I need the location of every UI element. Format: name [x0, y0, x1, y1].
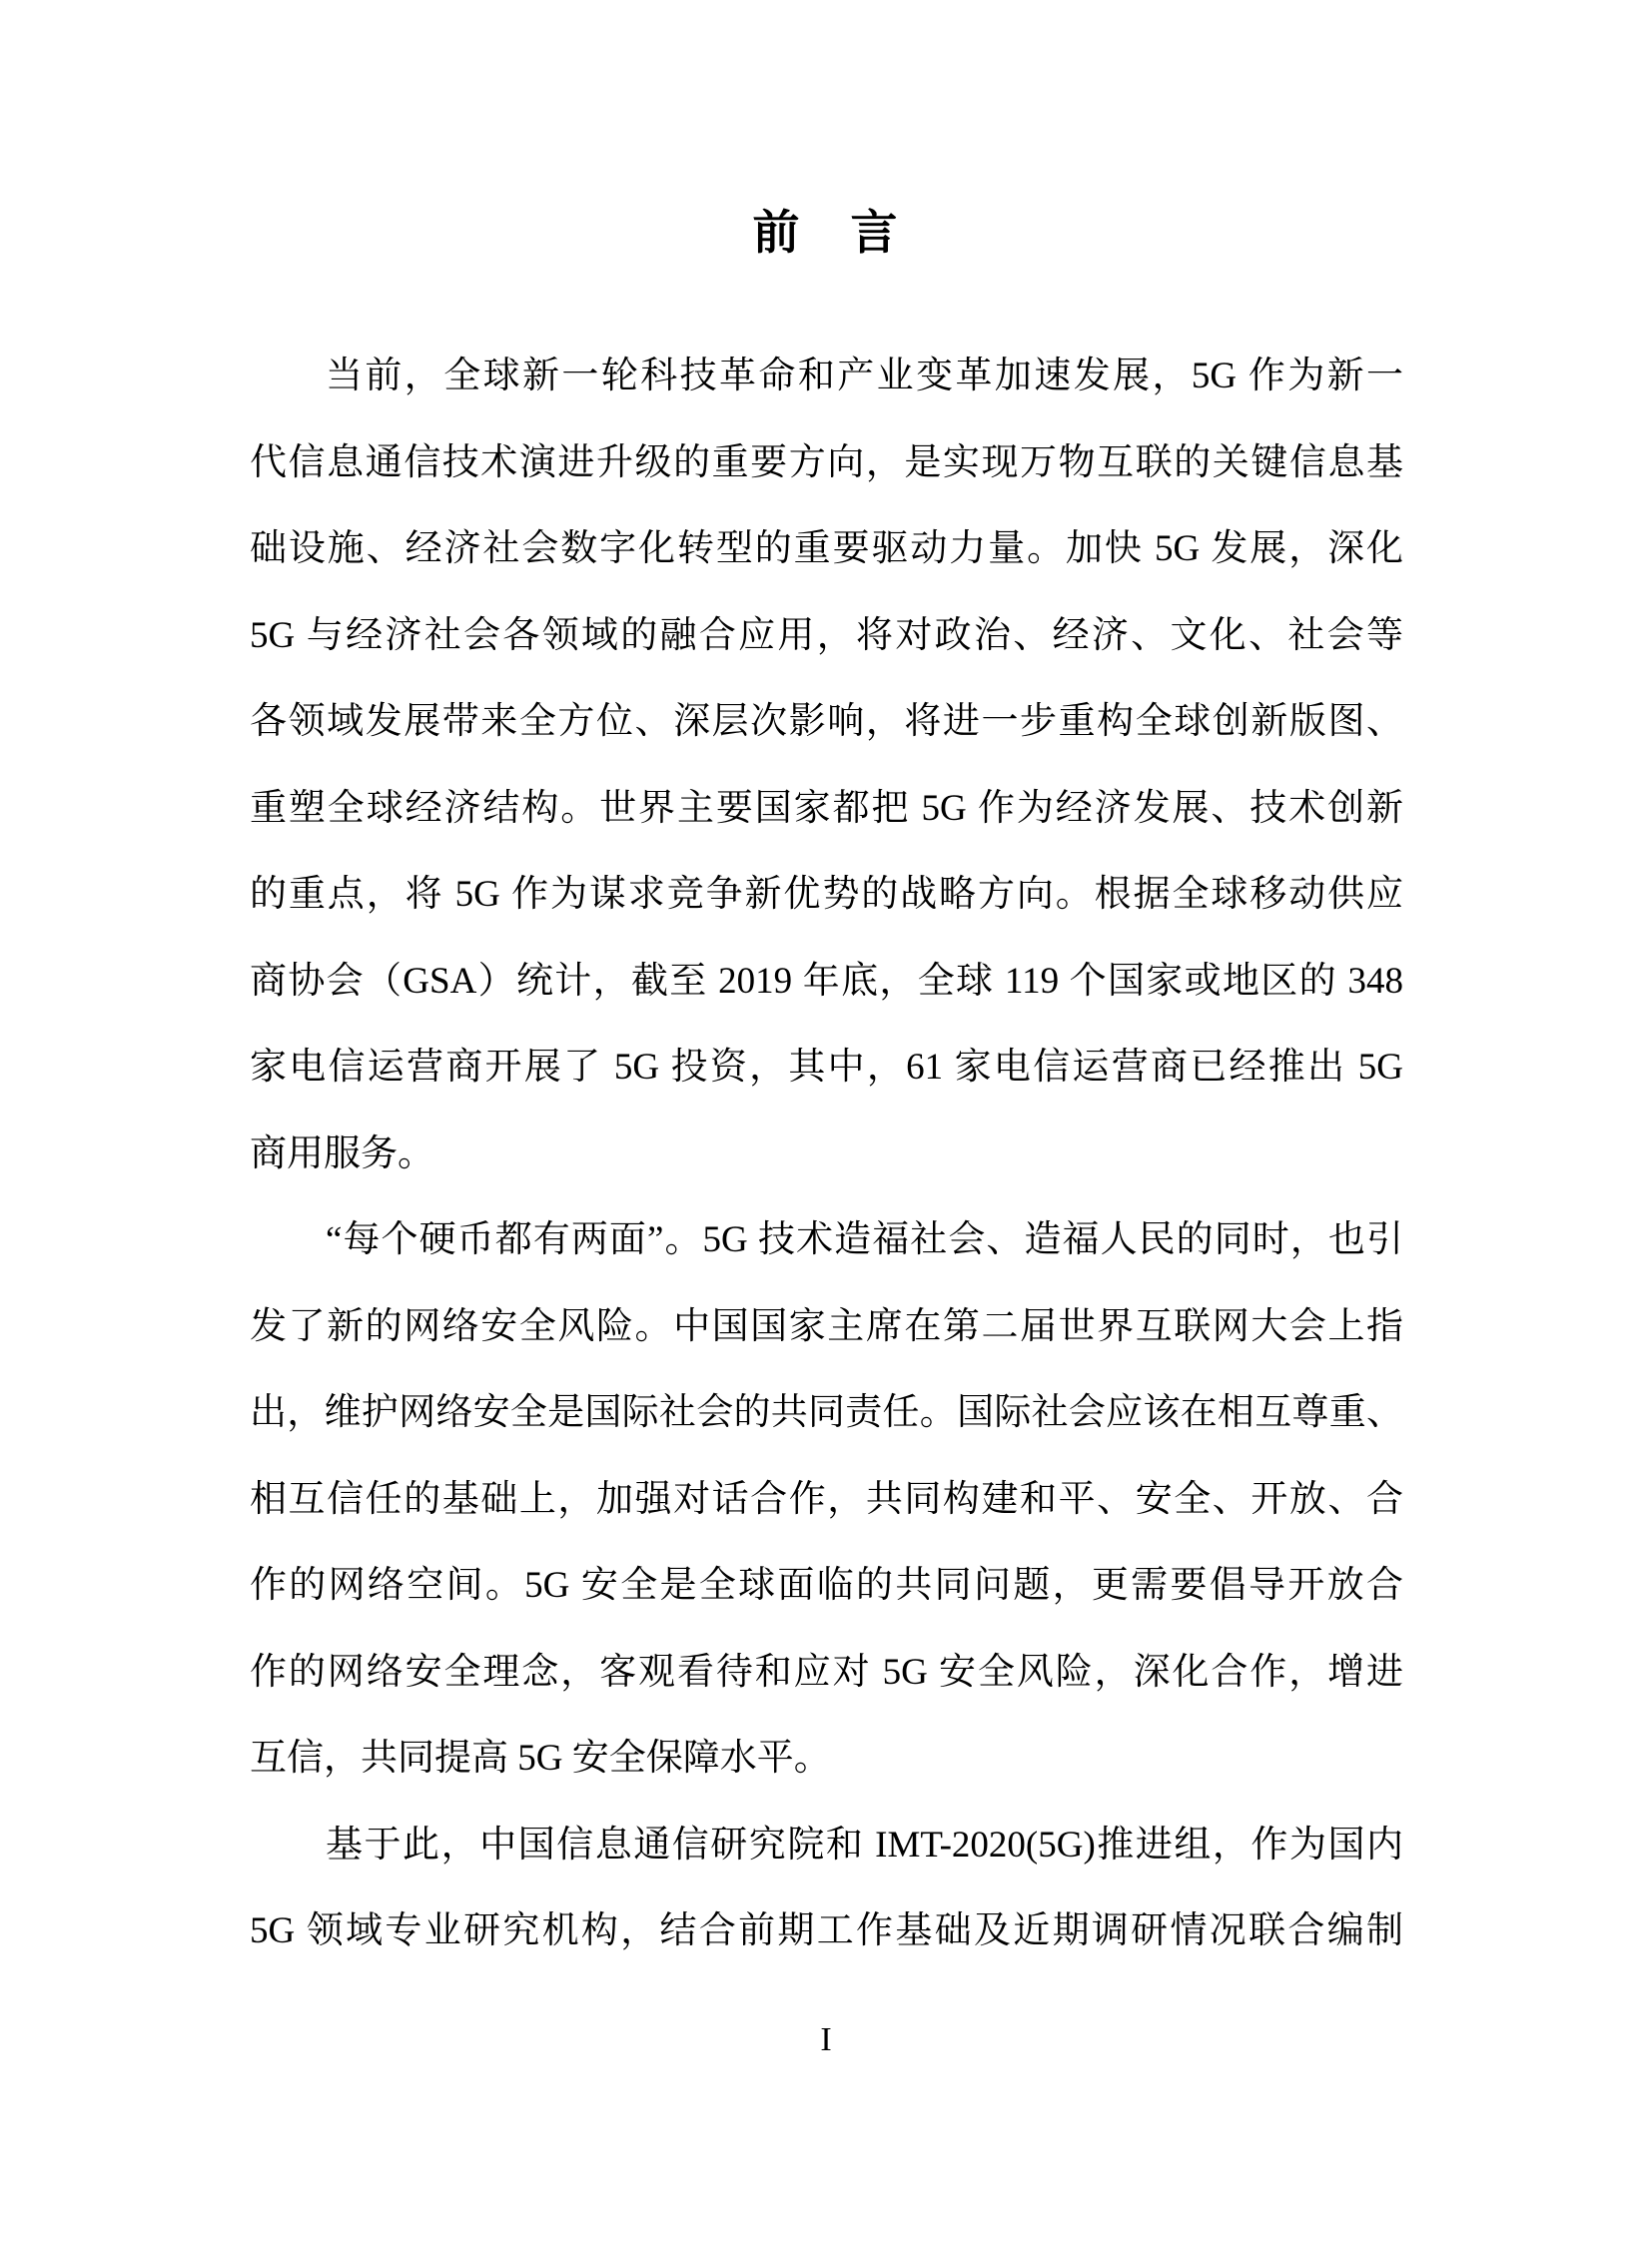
text-line: 出，维护网络安全是国际社会的共同责任。国际社会应该在相互尊重、: [250, 1370, 1403, 1457]
text-line: 商协会（GSA）统计，截至 2019 年底，全球 119 个国家或地区的 348: [250, 939, 1403, 1026]
text-line: 5G 领域专业研究机构，结合前期工作基础及近期调研情况联合编制: [250, 1888, 1403, 1975]
text-line: 的重点，将 5G 作为谋求竞争新优势的战略方向。根据全球移动供应: [250, 852, 1403, 939]
text-line: 家电信运营商开展了 5G 投资，其中，61 家电信运营商已经推出 5G: [250, 1025, 1403, 1112]
text-line: 各领域发展带来全方位、深层次影响，将进一步重构全球创新版图、: [250, 679, 1403, 766]
text-line: 商用服务。: [250, 1112, 1403, 1198]
text-line: 相互信任的基础上，加强对话合作，共同构建和平、安全、开放、合: [250, 1457, 1403, 1544]
text-line: “每个硬币都有两面”。5G 技术造福社会、造福人民的同时，也引: [250, 1197, 1403, 1284]
text-line: 基于此，中国信息通信研究院和 IMT-2020(5G)推进组，作为国内: [250, 1803, 1403, 1889]
text-line: 互信，共同提高 5G 安全保障水平。: [250, 1716, 1403, 1803]
page-number: I: [0, 2021, 1652, 2058]
text-line: 当前，全球新一轮科技革命和产业变革加速发展，5G 作为新一: [250, 334, 1403, 420]
text-line: 重塑全球经济结构。世界主要国家都把 5G 作为经济发展、技术创新: [250, 766, 1403, 853]
page-title: 前 言: [0, 206, 1652, 262]
text-line: 代信息通信技术演进升级的重要方向，是实现万物互联的关键信息基: [250, 420, 1403, 507]
text-line: 础设施、经济社会数字化转型的重要驱动力量。加快 5G 发展，深化: [250, 506, 1403, 593]
body-text-block: 当前，全球新一轮科技革命和产业变革加速发展，5G 作为新一 代信息通信技术演进升…: [250, 334, 1403, 1975]
text-line: 5G 与经济社会各领域的融合应用，将对政治、经济、文化、社会等: [250, 593, 1403, 680]
text-line: 发了新的网络安全风险。中国国家主席在第二届世界互联网大会上指: [250, 1284, 1403, 1371]
document-page: 前 言 当前，全球新一轮科技革命和产业变革加速发展，5G 作为新一 代信息通信技…: [0, 0, 1652, 2242]
text-line: 作的网络安全理念，客观看待和应对 5G 安全风险，深化合作，增进: [250, 1630, 1403, 1717]
text-line: 作的网络空间。5G 安全是全球面临的共同问题，更需要倡导开放合: [250, 1543, 1403, 1630]
